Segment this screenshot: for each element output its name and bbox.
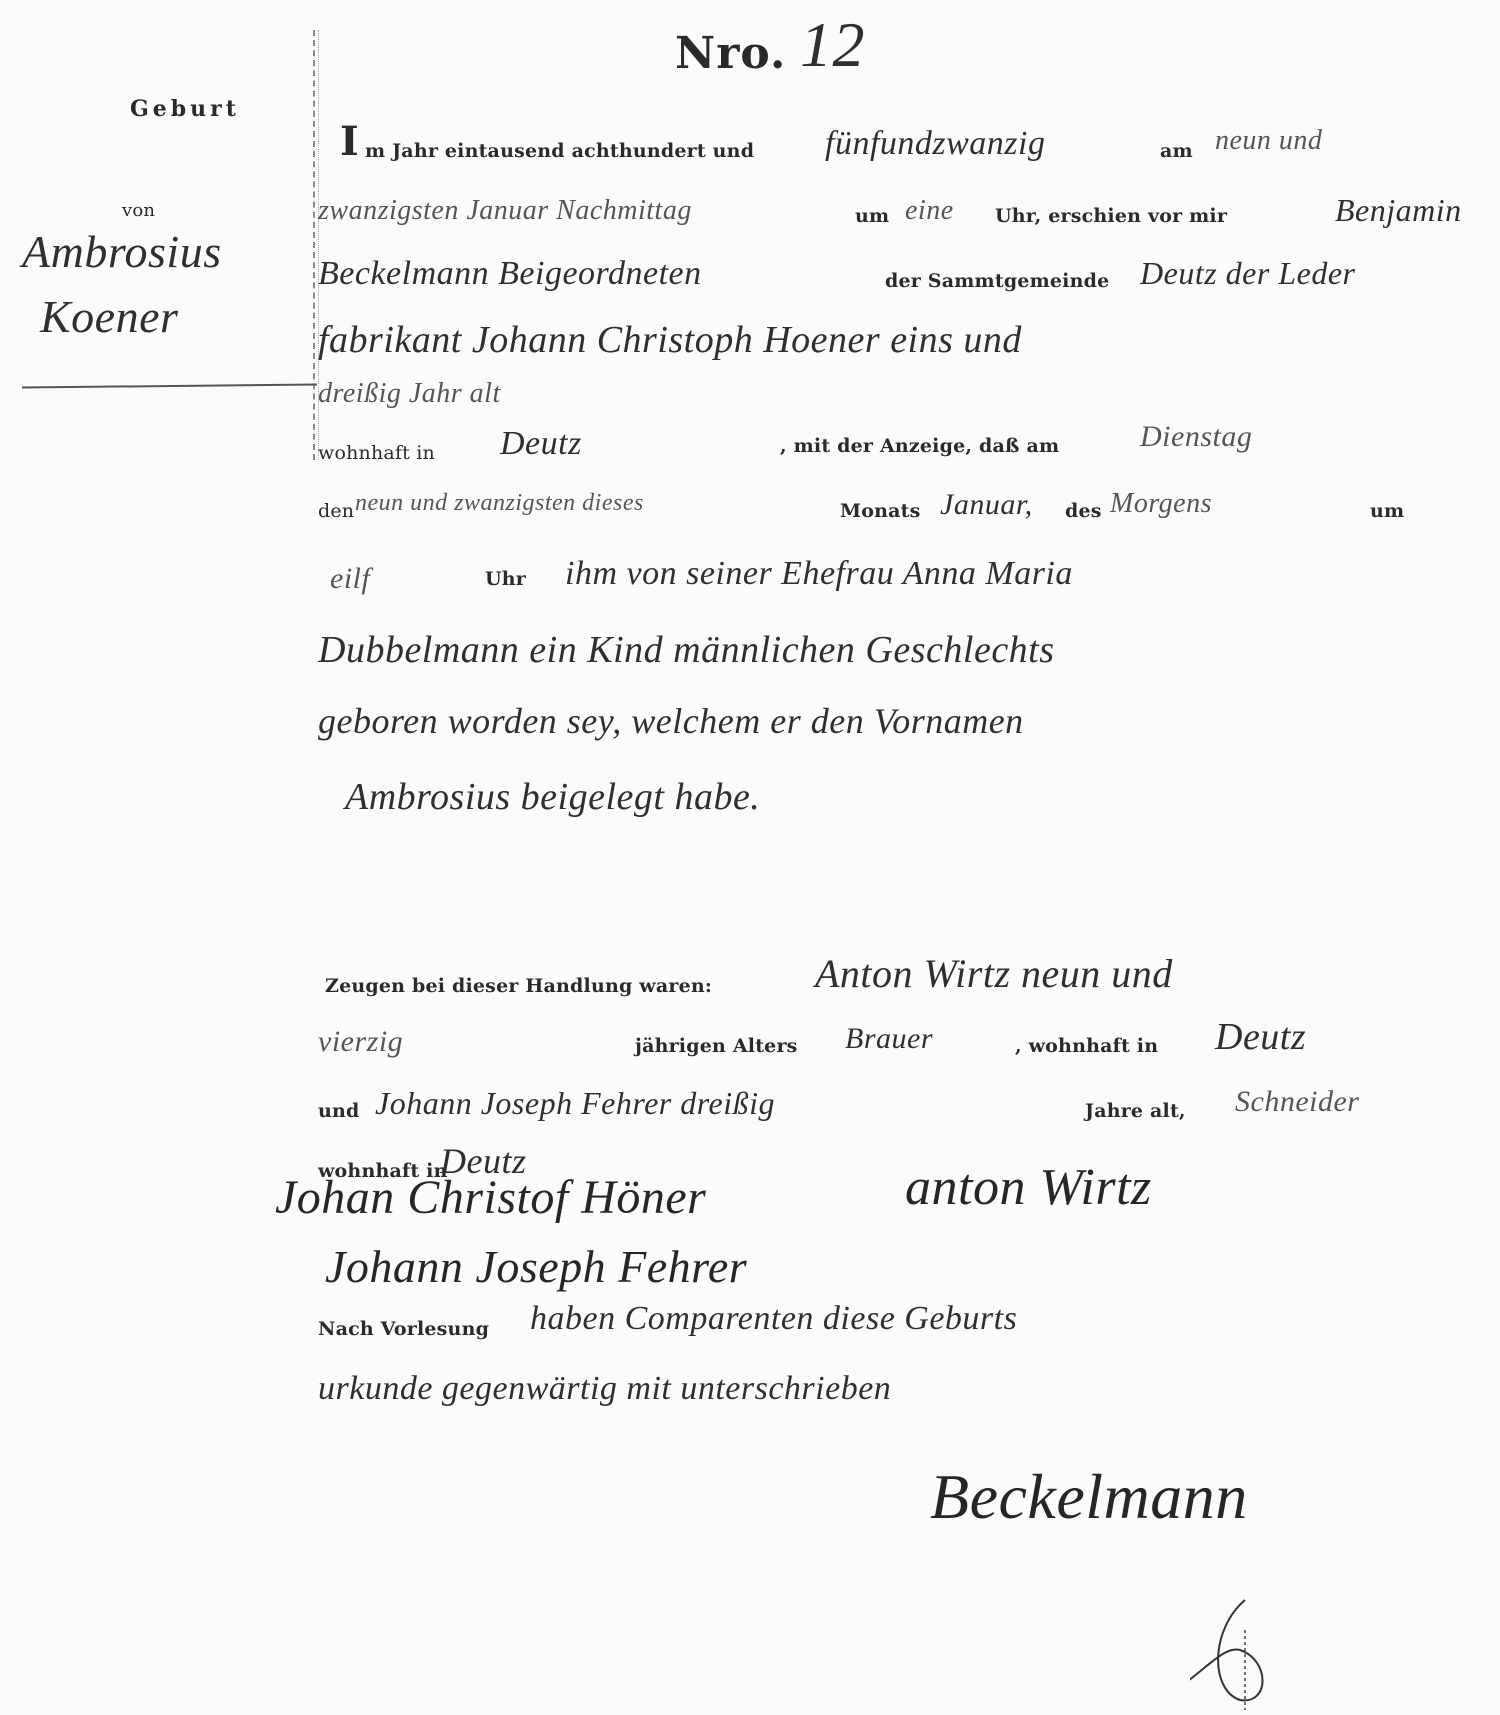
- birth-record-page: Nro. 12 Geburt von Ambrosius Koener I m …: [0, 0, 1500, 1715]
- hand-closing-1: haben Comparenten diese Geburts: [530, 1300, 1017, 1338]
- printed-text: den: [318, 500, 354, 522]
- child-surname: Koener: [40, 290, 178, 343]
- record-number-label: Nro.: [675, 28, 786, 79]
- printed-text: Uhr: [485, 568, 526, 590]
- hand-year: fünfundzwanzig: [825, 125, 1045, 163]
- printed-text: , wohnhaft in: [1015, 1035, 1158, 1057]
- hand-text: ihm von seiner Ehefrau Anna Maria: [565, 555, 1073, 593]
- printed-text: m Jahr eintausend achthundert und: [365, 140, 754, 162]
- hand-day-word: neun und zwanzigsten dieses: [355, 490, 644, 517]
- hand-official: Benjamin: [1335, 192, 1462, 229]
- printed-text: des: [1065, 500, 1102, 522]
- signature-paraph-icon: [1190, 1590, 1290, 1710]
- hand-text: Dubbelmann ein Kind männlichen Geschlech…: [318, 628, 1055, 672]
- printed-text: wohnhaft in: [318, 442, 435, 464]
- margin-heading: Geburt: [130, 96, 240, 122]
- child-first-name: Ambrosius: [22, 225, 222, 278]
- hand-month: Januar,: [940, 488, 1033, 522]
- signature-official: Beckelmann: [930, 1460, 1248, 1534]
- printed-text: und: [318, 1100, 360, 1122]
- margin-underline: [22, 383, 317, 388]
- hand-hour: eine: [905, 195, 954, 227]
- hand-official-surname: Beckelmann Beigeordneten: [318, 255, 702, 293]
- signature-witness2: Johann Joseph Fehrer: [325, 1240, 747, 1293]
- printed-text: Uhr, erschien vor mir: [995, 205, 1227, 227]
- printed-text: jährigen Alters: [635, 1035, 798, 1057]
- hand-father: fabrikant Johann Christoph Hoener eins u…: [318, 318, 1022, 362]
- hand-residence: Deutz: [500, 425, 582, 463]
- hand-closing-2: urkunde gegenwärtig mit unterschrieben: [318, 1370, 891, 1408]
- signature-witness1: anton Wirtz: [905, 1158, 1152, 1217]
- margin-von: von: [122, 200, 155, 221]
- hand-weekday: Dienstag: [1140, 420, 1252, 454]
- record-number: 12: [800, 8, 865, 82]
- printed-text: um: [1370, 500, 1404, 522]
- hand-hour: eilf: [330, 562, 370, 596]
- hand-age: vierzig: [318, 1025, 403, 1059]
- hand-text: geboren worden sey, welchem er den Vorna…: [318, 700, 1024, 742]
- hand-residence: Deutz: [1215, 1015, 1306, 1059]
- hand-occupation: Brauer: [845, 1022, 933, 1056]
- hand-text: Ambrosius beigelegt habe.: [345, 775, 760, 819]
- printed-text: der Sammtgemeinde: [885, 270, 1109, 292]
- hand-age: dreißig Jahr alt: [318, 378, 501, 410]
- printed-text: Jahre alt,: [1085, 1100, 1186, 1122]
- printed-text: , mit der Anzeige, daß am: [780, 435, 1059, 457]
- printed-text: Zeugen bei dieser Handlung waren:: [325, 975, 712, 997]
- hand-date: zwanzigsten Januar Nachmittag: [318, 195, 692, 227]
- hand-witness2: Johann Joseph Fehrer dreißig: [375, 1085, 775, 1122]
- hand-occupation: Schneider: [1235, 1085, 1359, 1119]
- hand-place: Deutz der Leder: [1140, 255, 1355, 292]
- hand-witness1: Anton Wirtz neun und: [815, 950, 1173, 997]
- hand-time-of-day: Morgens: [1110, 488, 1212, 520]
- printed-text: am: [1160, 140, 1193, 162]
- margin-divider: [313, 30, 315, 460]
- signature-father: Johan Christof Höner: [275, 1170, 706, 1225]
- printed-text: Nach Vorlesung: [318, 1318, 489, 1340]
- printed-text: Monats: [840, 500, 921, 522]
- initial-letter: I: [340, 118, 359, 165]
- hand-day: neun und: [1215, 125, 1322, 157]
- printed-text: um: [855, 205, 889, 227]
